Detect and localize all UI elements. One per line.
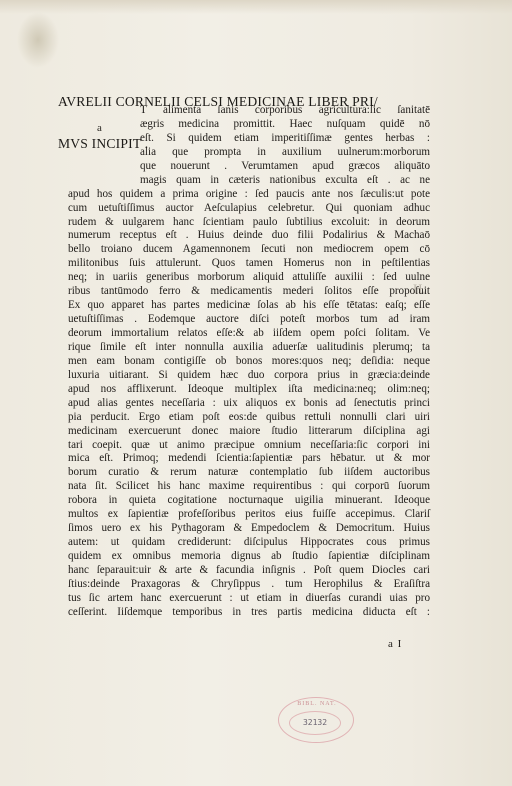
library-stamp: BIBL. NAT. 32132 xyxy=(278,697,354,743)
text-line: tus ſic artem hanc exercuerunt : ut etia… xyxy=(68,592,430,606)
text-line: tari coepit. quæ ut animo præcipue omniu… xyxy=(68,439,430,453)
text-line: apud alias gentes neceſſaria : uix aliqu… xyxy=(68,397,430,411)
text-line: que nouerunt . Verumtamen apud græcos al… xyxy=(140,160,430,174)
text-line: cum uetuſtiſſimus auctor Aeſculapius cel… xyxy=(68,202,430,216)
text-line: neq; in uariis generibus morborum aliqui… xyxy=(68,271,430,285)
stamp-text: BIBL. NAT. xyxy=(291,701,343,707)
body-text: T alimenta ſanis corporibus agricultura:… xyxy=(68,104,430,620)
page-top-edge xyxy=(0,0,512,14)
text-line: apud nos afflixerunt. Ideoque multiplex … xyxy=(68,383,430,397)
text-line: ſimos uero ex his Pythagoram & Empedocle… xyxy=(68,522,430,536)
text-line: rudem & uulgarem hanc ſcientiam paulo ſu… xyxy=(68,216,430,230)
text-line: hanc ſeparauit:uir & arte & facundia inſ… xyxy=(68,564,430,578)
book-page: AVRELII CORNELII CELSI MEDICINAE LIBER P… xyxy=(0,0,512,786)
text-line: quidem ex omnibus memoria dignus ab ſtud… xyxy=(68,550,430,564)
text-line: pia perducit. Ergo etiam poſt eos:de qui… xyxy=(68,411,430,425)
text-line: magis quam in cæteris nationibus exculta… xyxy=(140,174,430,188)
text-line: Ex quo apparet has partes medicinæ ſolas… xyxy=(68,299,430,313)
text-line: numerum receptus eſt . Huius deinde duo … xyxy=(68,229,430,243)
signature-mark: a I xyxy=(388,638,402,650)
text-line: mica eſt. Primoq; medendi ſcientia:ſapie… xyxy=(68,452,430,466)
text-line: ſtius:deinde Praxagoras & Chryſippus . t… xyxy=(68,578,430,592)
text-line: bello troiano ducem Agamennonem ſecuti n… xyxy=(68,243,430,257)
text-line: borum curatio & rerum naturæ contemplati… xyxy=(68,466,430,480)
text-line: rique ſimile eſt inter nonnulla auxilia … xyxy=(68,341,430,355)
text-line: apud hos quidem a prima origine : ſed pa… xyxy=(68,188,430,202)
text-line: T alimenta ſanis corporibus agricultura:… xyxy=(140,104,430,118)
text-line: deorum immortalium relatos eſſe:& ab iiſ… xyxy=(68,327,430,341)
text-line: men eam bonam contigiſſe ob bonos mores:… xyxy=(68,355,430,369)
text-line: ceſſerint. Iiſdemque temporibus in tres … xyxy=(68,606,430,620)
text-line: autem: ut quidam crediderunt: diſcipulus… xyxy=(68,536,430,550)
text-line: luxuria uitiarant. Si quidem hæc duo cor… xyxy=(68,369,430,383)
text-line: ribus tantūmodo ferro & medicamentis med… xyxy=(68,285,430,299)
text-line: militonibus ſuis attulerunt. Quos tamen … xyxy=(68,257,430,271)
text-line: nata ſit. Scilicet his hanc maxime requi… xyxy=(68,480,430,494)
text-line: uetuſtiſſimas . Eodemque auctore diſci p… xyxy=(68,313,430,327)
text-line: ægris medicina promittit. Haec nuſquam q… xyxy=(140,118,430,132)
stamp-number: 32132 xyxy=(289,711,341,735)
text-line: eſt. Si quidem etiam imperitiſſimæ gente… xyxy=(140,132,430,146)
text-line: robora in quieta cogitatione nocturnaque… xyxy=(68,494,430,508)
text-line: alia que prompta in auxilium uulnerum:mo… xyxy=(140,146,430,160)
text-line: medicinam exercuerunt donec maiore ſtudi… xyxy=(68,425,430,439)
text-line: multos ex ſapientiæ profeſſoribus perito… xyxy=(68,508,430,522)
